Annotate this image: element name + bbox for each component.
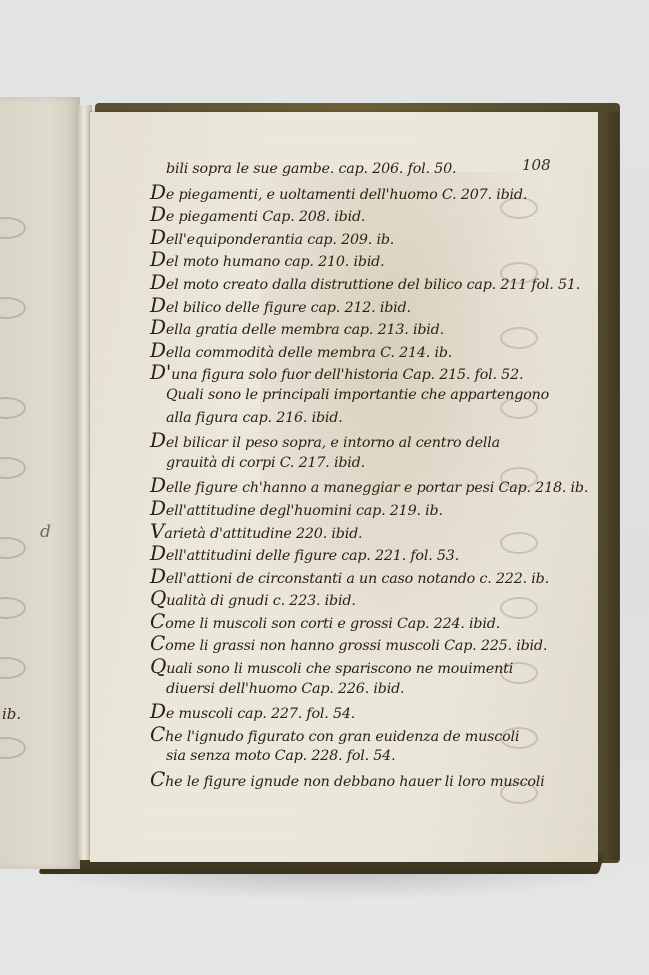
index-entry-line: alla figura cap. 216. ibid. — [150, 407, 560, 430]
index-entry-line: Che l'ignudo figurato con gran euidenza … — [150, 723, 560, 746]
index-entry-line: Come li muscoli son corti e grossi Cap. … — [150, 610, 560, 633]
index-entry-line: Del bilicar il peso sopra, e intorno al … — [150, 429, 560, 452]
index-entries: bili sopra le sue gambe. cap. 206. fol. … — [150, 158, 560, 791]
bleed-curl — [0, 457, 26, 479]
index-entry-line: Quali sono li muscoli che spariscono ne … — [150, 655, 560, 678]
bleed-curl — [0, 737, 26, 759]
index-entry-line: Della commodità delle membra C. 214. ib. — [150, 339, 560, 362]
index-entry-line: Dell'equiponderantia cap. 209. ib. — [150, 226, 560, 249]
index-entry-line: Come li grassi non hanno grossi muscoli … — [150, 632, 560, 655]
pencil-mark: d — [40, 522, 51, 542]
index-entry-line: Della gratia delle membra cap. 213. ibid… — [150, 316, 560, 339]
index-entry-line: Dell'attitudini delle figure cap. 221. f… — [150, 542, 560, 565]
index-entry-line: Varietà d'attitudine 220. ibid. — [150, 520, 560, 543]
index-entry-line: sia senza moto Cap. 228. fol. 54. — [150, 745, 560, 768]
bleed-curl — [0, 657, 26, 679]
bleed-curl — [0, 537, 26, 559]
index-entry-line: De piegamenti, e uoltamenti dell'huomo C… — [150, 181, 560, 204]
index-entry-line: De piegamenti Cap. 208. ibid. — [150, 203, 560, 226]
index-entry-line: Che le figure ignude non debbano hauer l… — [150, 768, 560, 791]
index-entry-line: Qualità di gnudi c. 223. ibid. — [150, 587, 560, 610]
index-entry-line: Del moto creato dalla distruttione del b… — [150, 271, 560, 294]
index-entry-line: D'una figura solo fuor dell'historia Cap… — [150, 361, 560, 384]
index-entry-line: diuersi dell'huomo Cap. 226. ibid. — [150, 678, 560, 701]
index-entry-line: Del moto humano cap. 210. ibid. — [150, 248, 560, 271]
index-entry-line: grauità di corpi C. 217. ibid. — [150, 452, 560, 475]
bleed-curl — [0, 597, 26, 619]
index-entry-line: bili sopra le sue gambe. cap. 206. fol. … — [150, 158, 560, 181]
left-page: d ib. — [0, 97, 80, 869]
bleed-curl — [0, 217, 26, 239]
index-entry-line: De muscoli cap. 227. fol. 54. — [150, 700, 560, 723]
index-entry-line: Dell'attitudine degl'huomini cap. 219. i… — [150, 497, 560, 520]
index-entry-line: Dell'attioni de circonstanti a un caso n… — [150, 565, 560, 588]
bleed-curl — [0, 397, 26, 419]
manuscript-page: 108 bili sopra le sue gambe. cap. 206. f… — [90, 112, 598, 862]
index-entry-line: Del bilico delle figure cap. 212. ibid. — [150, 294, 560, 317]
index-entry-line: Quali sono le principali importantie che… — [150, 384, 560, 407]
bleed-curl — [0, 297, 26, 319]
index-entry-line: Delle figure ch'hanno a maneggiar e port… — [150, 474, 560, 497]
left-page-fragment: ib. — [2, 705, 21, 723]
